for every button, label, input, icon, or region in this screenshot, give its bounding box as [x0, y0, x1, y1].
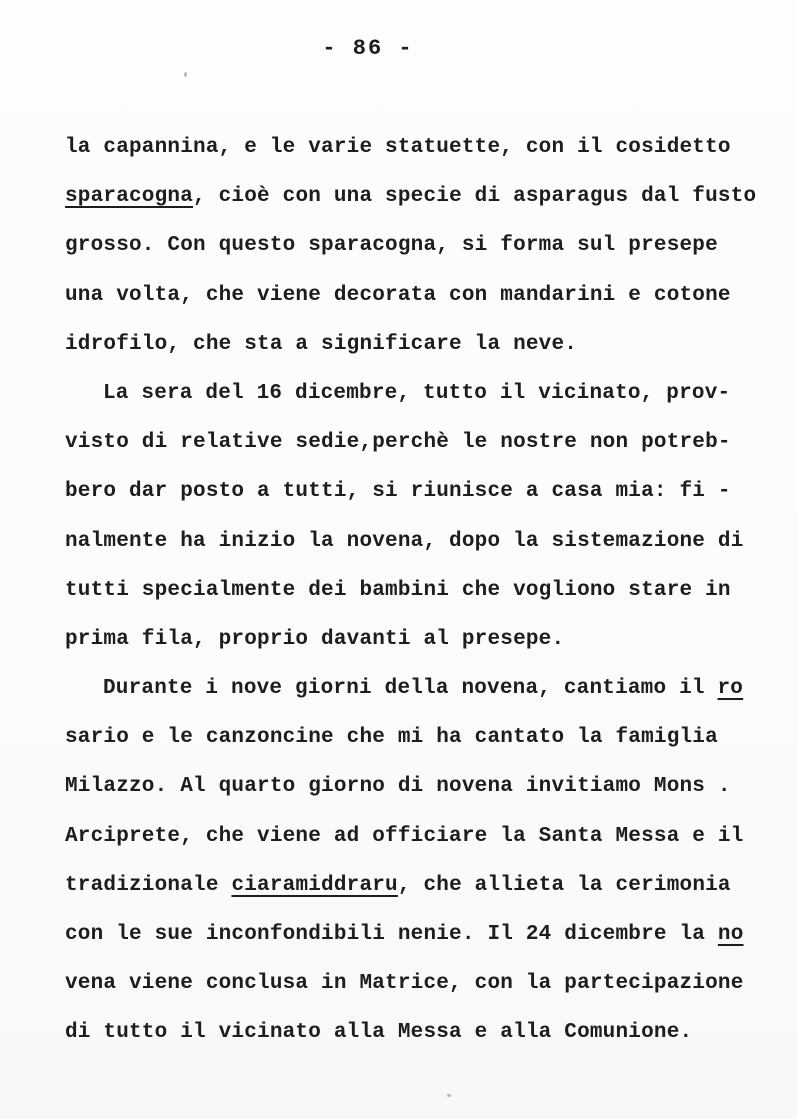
text-line: sario e le canzoncine che mi ha cantato …: [65, 713, 745, 762]
text-segment: idrofilo, che sta a significare la neve.: [65, 333, 577, 356]
text-line: con le sue inconfondibili nenie. Il 24 d…: [65, 910, 745, 959]
text-line: grosso. Con questo sparacogna, si forma …: [65, 221, 745, 270]
text-line: una volta, che viene decorata con mandar…: [65, 271, 745, 320]
underlined-term: ciaramiddraru: [231, 874, 397, 897]
text-segment: sario e le canzoncine che mi ha cantato …: [65, 726, 718, 749]
text-segment: di tutto il vicinato alla Messa e alla C…: [65, 1021, 692, 1044]
scan-artifact: [184, 72, 187, 77]
text-line: idrofilo, che sta a significare la neve.: [65, 320, 745, 369]
text-segment: bero dar posto a tutti, si riunisce a ca…: [65, 480, 731, 503]
text-segment: grosso. Con questo sparacogna, si forma …: [65, 234, 718, 257]
text-line: visto di relative sedie,perchè le nostre…: [65, 418, 745, 467]
text-line: tradizionale ciaramiddraru, che allieta …: [65, 861, 745, 910]
text-segment: tradizionale: [65, 874, 231, 897]
text-segment: nalmente ha inizio la novena, dopo la si…: [65, 530, 744, 553]
text-segment: vena viene conclusa in Matrice, con la p…: [65, 972, 744, 995]
text-line: La sera del 16 dicembre, tutto il vicina…: [65, 369, 745, 418]
text-segment: Durante i nove giorni della novena, cant…: [103, 677, 718, 700]
text-segment: , cioè con una specie di asparagus dal f…: [193, 185, 756, 208]
text-segment: prima fila, proprio davanti al presepe.: [65, 628, 564, 651]
text-line: vena viene conclusa in Matrice, con la p…: [65, 959, 745, 1008]
text-segment: La sera del 16 dicembre, tutto il vicina…: [103, 382, 730, 405]
text-line: nalmente ha inizio la novena, dopo la si…: [65, 517, 745, 566]
paragraph: La sera del 16 dicembre, tutto il vicina…: [65, 369, 745, 664]
underlined-term: sparacogna: [65, 185, 193, 208]
text-segment: la capannina, e le varie statuette, con …: [65, 136, 731, 159]
text-segment: , che allieta la cerimonia: [398, 874, 731, 897]
text-segment: con le sue inconfondibili nenie. Il 24 d…: [65, 923, 718, 946]
text-segment: una volta, che viene decorata con mandar…: [65, 284, 731, 307]
text-line: la capannina, e le varie statuette, con …: [65, 123, 745, 172]
text-segment: Arciprete, che viene ad officiare la San…: [65, 825, 744, 848]
text-segment: tutti specialmente dei bambini che vogli…: [65, 579, 731, 602]
text-line: Milazzo. Al quarto giorno di novena invi…: [65, 762, 745, 811]
underlined-term: ro: [718, 677, 744, 700]
scanned-typewritten-page: - 86 - la capannina, e le varie statuett…: [0, 0, 797, 1119]
text-segment: visto di relative sedie,perchè le nostre…: [65, 431, 731, 454]
page-text: la capannina, e le varie statuette, con …: [65, 123, 745, 1058]
text-line: bero dar posto a tutti, si riunisce a ca…: [65, 467, 745, 516]
page-number: - 86 -: [0, 36, 736, 61]
text-line: di tutto il vicinato alla Messa e alla C…: [65, 1008, 745, 1057]
text-line: Arciprete, che viene ad officiare la San…: [65, 812, 745, 861]
paragraph: Durante i nove giorni della novena, cant…: [65, 664, 745, 1058]
text-line: tutti specialmente dei bambini che vogli…: [65, 566, 745, 615]
scan-artifact: [447, 1094, 451, 1097]
text-line: Durante i nove giorni della novena, cant…: [65, 664, 745, 713]
underlined-term: no: [718, 923, 744, 946]
text-segment: Milazzo. Al quarto giorno di novena invi…: [65, 775, 731, 798]
text-line: prima fila, proprio davanti al presepe.: [65, 615, 745, 664]
paragraph: la capannina, e le varie statuette, con …: [65, 123, 745, 369]
text-line: sparacogna, cioè con una specie di aspar…: [65, 172, 745, 221]
